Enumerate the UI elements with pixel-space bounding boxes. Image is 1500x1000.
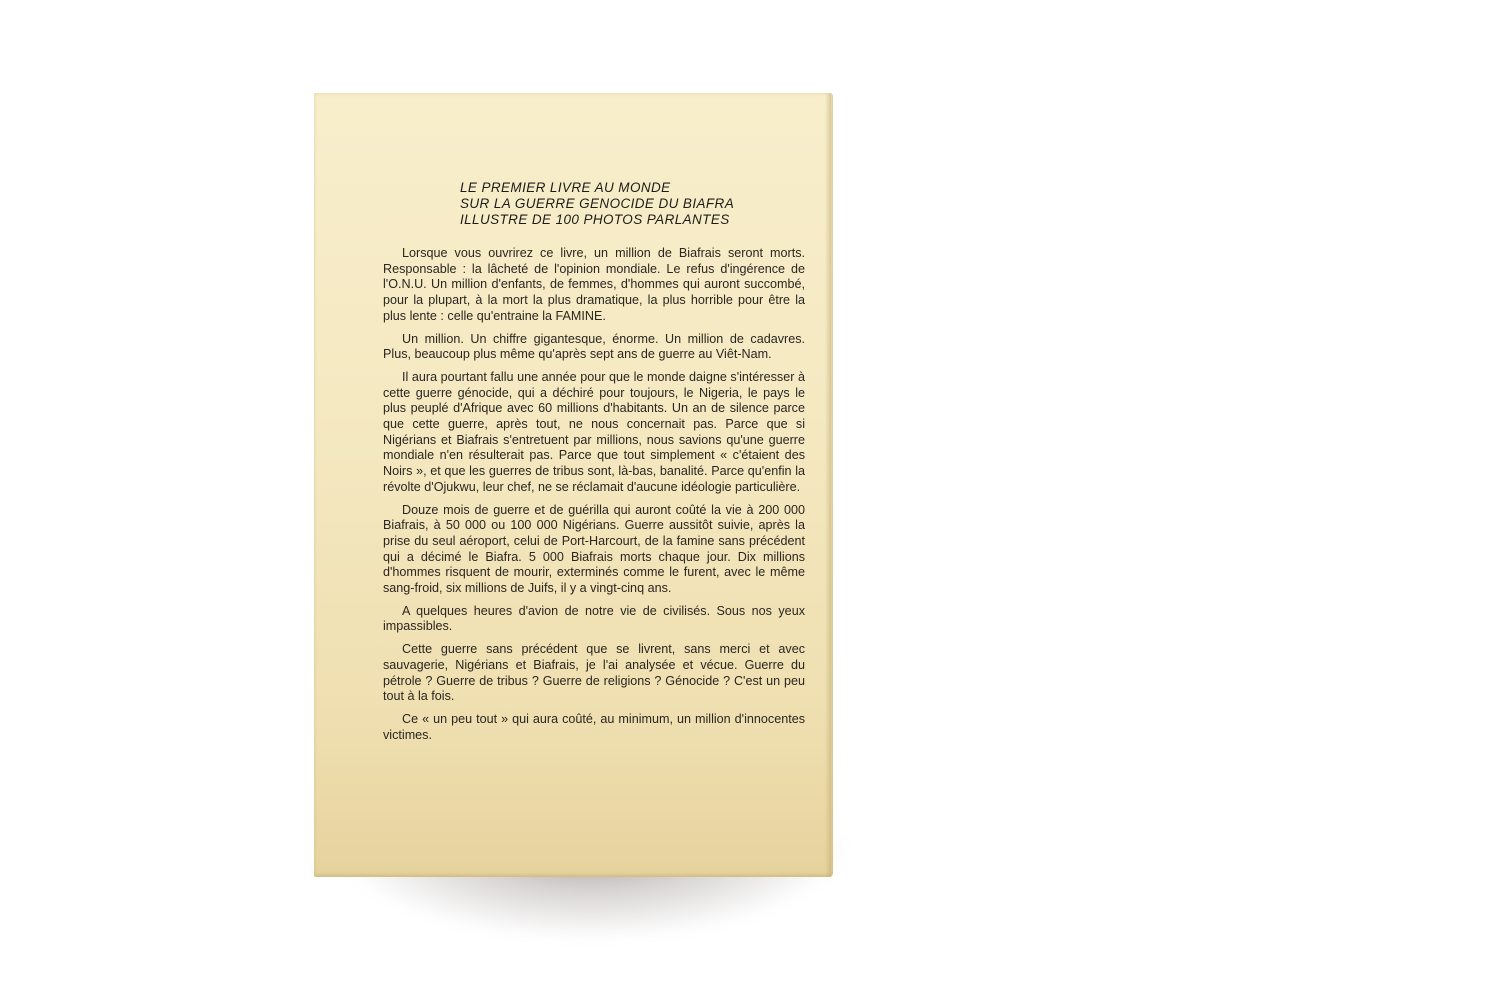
book-back-cover: LE PREMIER LIVRE AU MONDE SUR LA GUERRE … xyxy=(314,93,833,877)
blurb-paragraph: Ce « un peu tout » qui aura coûté, au mi… xyxy=(383,712,805,743)
headline-line: ILLUSTRE DE 100 PHOTOS PARLANTES xyxy=(460,212,734,228)
blurb-text: Lorsque vous ouvrirez ce livre, un milli… xyxy=(383,246,805,750)
blurb-paragraph: Un million. Un chiffre gigantesque, énor… xyxy=(383,332,805,363)
blurb-paragraph: Lorsque vous ouvrirez ce livre, un milli… xyxy=(383,246,805,325)
blurb-paragraph: Cette guerre sans précédent que se livre… xyxy=(383,642,805,705)
blurb-paragraph: Il aura pourtant fallu une année pour qu… xyxy=(383,370,805,496)
blurb-paragraph: Douze mois de guerre et de guérilla qui … xyxy=(383,503,805,597)
headline-line: LE PREMIER LIVRE AU MONDE xyxy=(460,180,734,196)
headline-line: SUR LA GUERRE GENOCIDE DU BIAFRA xyxy=(460,196,734,212)
cover-headline: LE PREMIER LIVRE AU MONDE SUR LA GUERRE … xyxy=(460,180,734,228)
blurb-paragraph: A quelques heures d'avion de notre vie d… xyxy=(383,604,805,635)
